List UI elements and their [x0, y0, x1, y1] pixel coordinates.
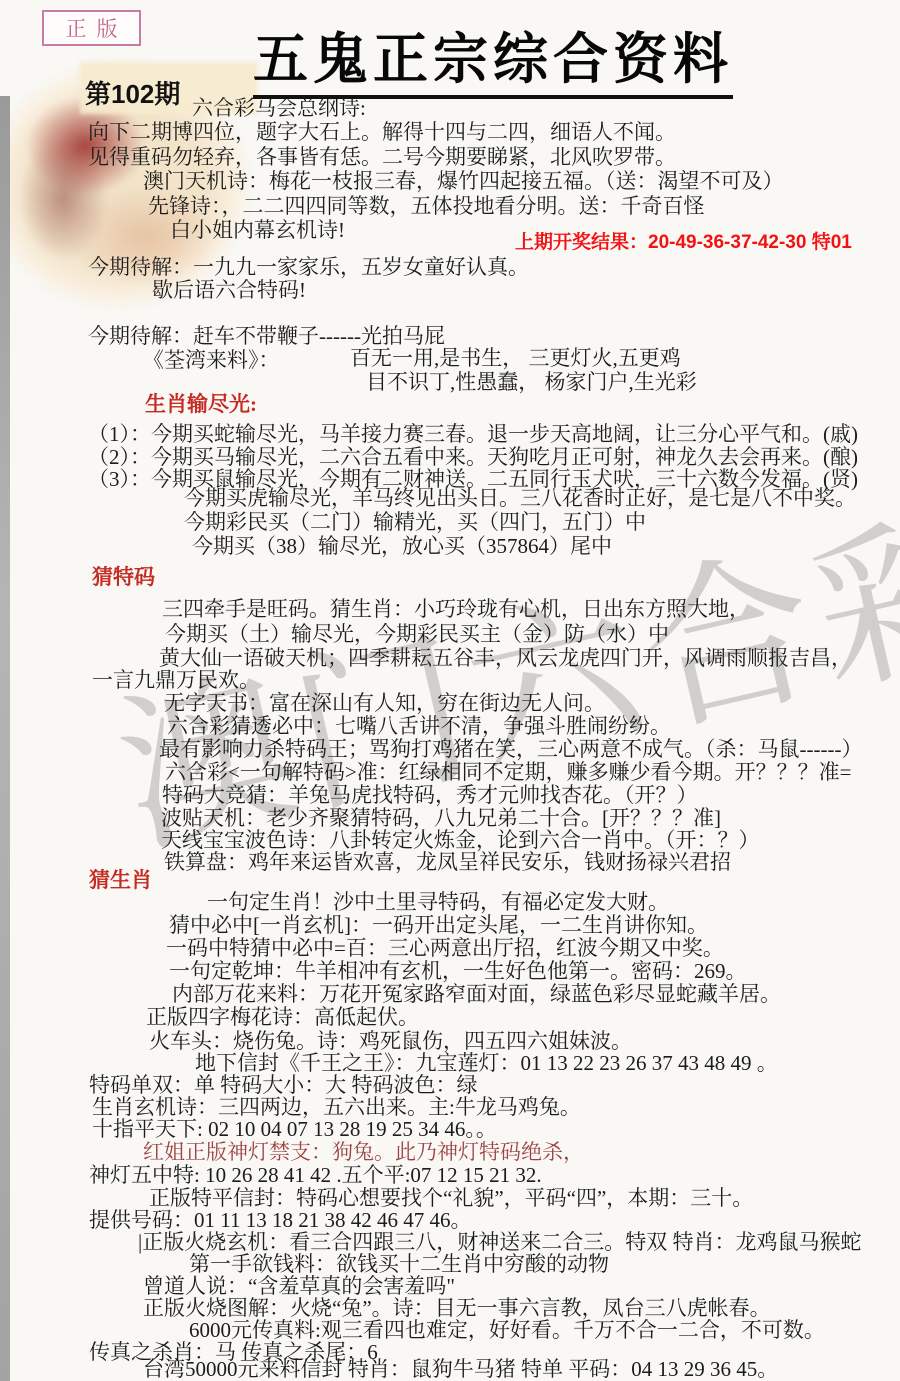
text-line: 特码大竞猜：羊兔马虎找特码，秀才元帅找杏花。（开？）	[162, 783, 698, 808]
text-line: 一句定生肖！沙中土里寻特码，有福必定发大财。	[207, 890, 669, 915]
text-line: （1）：今期买蛇输尽光，马羊接力赛三春。退一步天高地阔，让三分心平气和。(戚)	[88, 422, 858, 447]
text-line: 生肖输尽光:	[145, 392, 257, 417]
text-line: 六合彩<一句解特码>准：红绿相同不定期，赚多赚少看今期。开？？？准=	[165, 760, 852, 785]
text-line: 先锋诗：，二二四四同等数，五体投地看分明。送：千奇百怪	[148, 194, 705, 219]
page-title: 五鬼正宗综合资料	[253, 30, 733, 99]
text-line: 一码中特猜中必中=百：三心两意出厅招，红波今期又中奖。	[166, 936, 724, 961]
text-line: 六合彩马会总纲诗:	[192, 96, 366, 121]
text-line: 今期买虎输尽光，羊马终见出头日。三八花香时正好，是七是八不中奖。	[184, 486, 856, 511]
text-line: 澳门天机诗：梅花一枝报三春，爆竹四起接五福。（送：渴望不可及）	[143, 169, 784, 194]
issue-number: 第102期	[85, 74, 180, 111]
text-line: 一句定乾坤：牛羊相冲有玄机，一生好色他第一。密码：269。	[169, 959, 747, 984]
left-edge-strip	[0, 96, 10, 1381]
text-line: 见得重码勿轻弃，各事皆有恁。二号今期要睇紧，北风吹罗带。	[88, 145, 676, 170]
edition-badge-label: 正版	[56, 13, 128, 43]
text-line: 向下二期博四位，题字大石上。解得十四与二四，细语人不闻。	[88, 120, 676, 145]
text-line: 台湾50000元来料信封 特肖：鼠狗牛马猪 特单 平码：04 13 29 36 …	[143, 1357, 778, 1381]
text-line: 猜中必中[一肖玄机]：一码开出定头尾，一二生肖讲你知。	[169, 913, 708, 938]
text-line: 十指平天下: 02 10 04 07 13 28 19 25 34 46。。	[92, 1117, 497, 1142]
text-line: 三四牵手是旺码。猜生肖：小巧玲珑有心机，日出东方照大地，	[162, 597, 750, 622]
edition-badge: 正版	[42, 10, 141, 46]
text-line: 红姐正版神灯禁支：狗兔。此乃神灯特码绝杀，	[143, 1140, 584, 1165]
text-line: 白小姐内幕玄机诗!	[170, 218, 345, 243]
text-line: 铁算盘：鸡年来运皆欢喜，龙凤呈祥民安乐，钱财扬禄兴君招	[164, 850, 731, 875]
text-line: 今期买（38）输尽光，放心买（357864）尾中	[192, 534, 612, 559]
last-draw-result: 上期开奖结果：20-49-36-37-42-30 特01	[515, 227, 852, 254]
text-line: 最有影响力杀特码王；骂狗打鸡猪在笑，三心两意不成气。（杀：马鼠------）	[159, 737, 862, 762]
text-line: 黄大仙一语破天机；四季耕耘五谷丰，风云龙虎四门开，风调雨顺报吉昌，	[159, 646, 852, 671]
text-line: 神灯五中特: 10 26 28 41 42 .五个平:07 12 15 21 3…	[89, 1163, 542, 1188]
text-line: 今期待解：一九九一家家乐，五岁女童好认真。	[88, 255, 529, 280]
text-line: 《荃湾来料》：	[143, 348, 280, 373]
text-line: 六合彩猜透必中：七嘴八舌讲不清，争强斗胜闹纷纷。	[167, 714, 671, 739]
text-line: 无字天书：富在深山有人知，穷在街边无人问。	[164, 691, 605, 716]
page: 澳门六合彩 正版 五鬼正宗综合资料 第102期 上期开奖结果：20-49-36-…	[0, 0, 900, 1381]
content-lines: 六合彩马会总纲诗:向下二期博四位，题字大石上。解得十四与二四，细语人不闻。见得重…	[0, 0, 900, 1381]
text-line: 猜生肖	[89, 868, 152, 893]
text-line: 百无一用,是书生， 三更灯火,五更鸡	[350, 346, 681, 371]
text-line: 歇后语六合特码!	[152, 278, 306, 303]
text-line: 目不识丁,性愚蠢， 杨家门户,生光彩	[366, 370, 697, 395]
text-line: 猜特码	[92, 565, 155, 590]
text-line: 一言九鼎万民欢。	[92, 668, 260, 693]
text-line: 今期彩民买（二门）输精光，买（四门，五门）中	[184, 510, 646, 535]
text-line: 正版四字梅花诗：高低起伏。	[146, 1005, 419, 1030]
text-line: 今期买（土）输尽光，今期彩民买主（金）防（水）中	[165, 622, 669, 647]
text-line: 内部万花来料：万花开冤家路窄面对面，绿蓝色彩尽显蛇藏羊居。	[172, 982, 781, 1007]
